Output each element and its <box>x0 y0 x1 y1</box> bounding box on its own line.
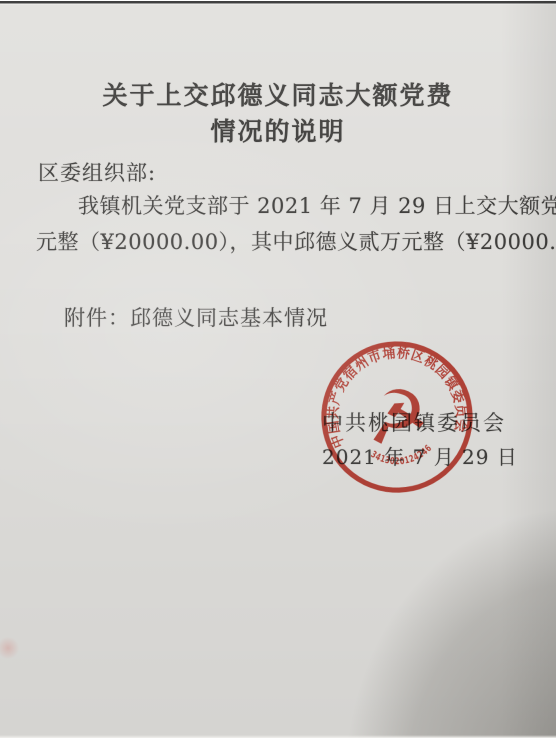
body-line-2: 元整（¥20000.00），其中邱德义贰万元整（¥20000.00）。 <box>36 226 556 256</box>
salutation: 区委组织部: <box>38 157 156 187</box>
body-line-1: 我镇机关党支部于 2021 年 7 月 29 日上交大额党费贰万 <box>78 190 556 220</box>
page-title-line2: 情况的说明 <box>0 112 556 148</box>
document-photo: 关于上交邱德义同志大额党费 情况的说明 区委组织部: 我镇机关党支部于 2021… <box>0 0 556 738</box>
attachment-line: 附件：邱德义同志基本情况 <box>64 302 328 332</box>
page-title-line1: 关于上交邱德义同志大额党费 <box>0 76 556 112</box>
photo-top-edge <box>0 0 556 5</box>
official-seal: 中国共产党宿州市埇桥区桃园镇委员会 ☭ 3413020124246 <box>302 322 491 511</box>
seal-graphic: 中国共产党宿州市埇桥区桃园镇委员会 ☭ 3413020124246 <box>302 322 491 511</box>
